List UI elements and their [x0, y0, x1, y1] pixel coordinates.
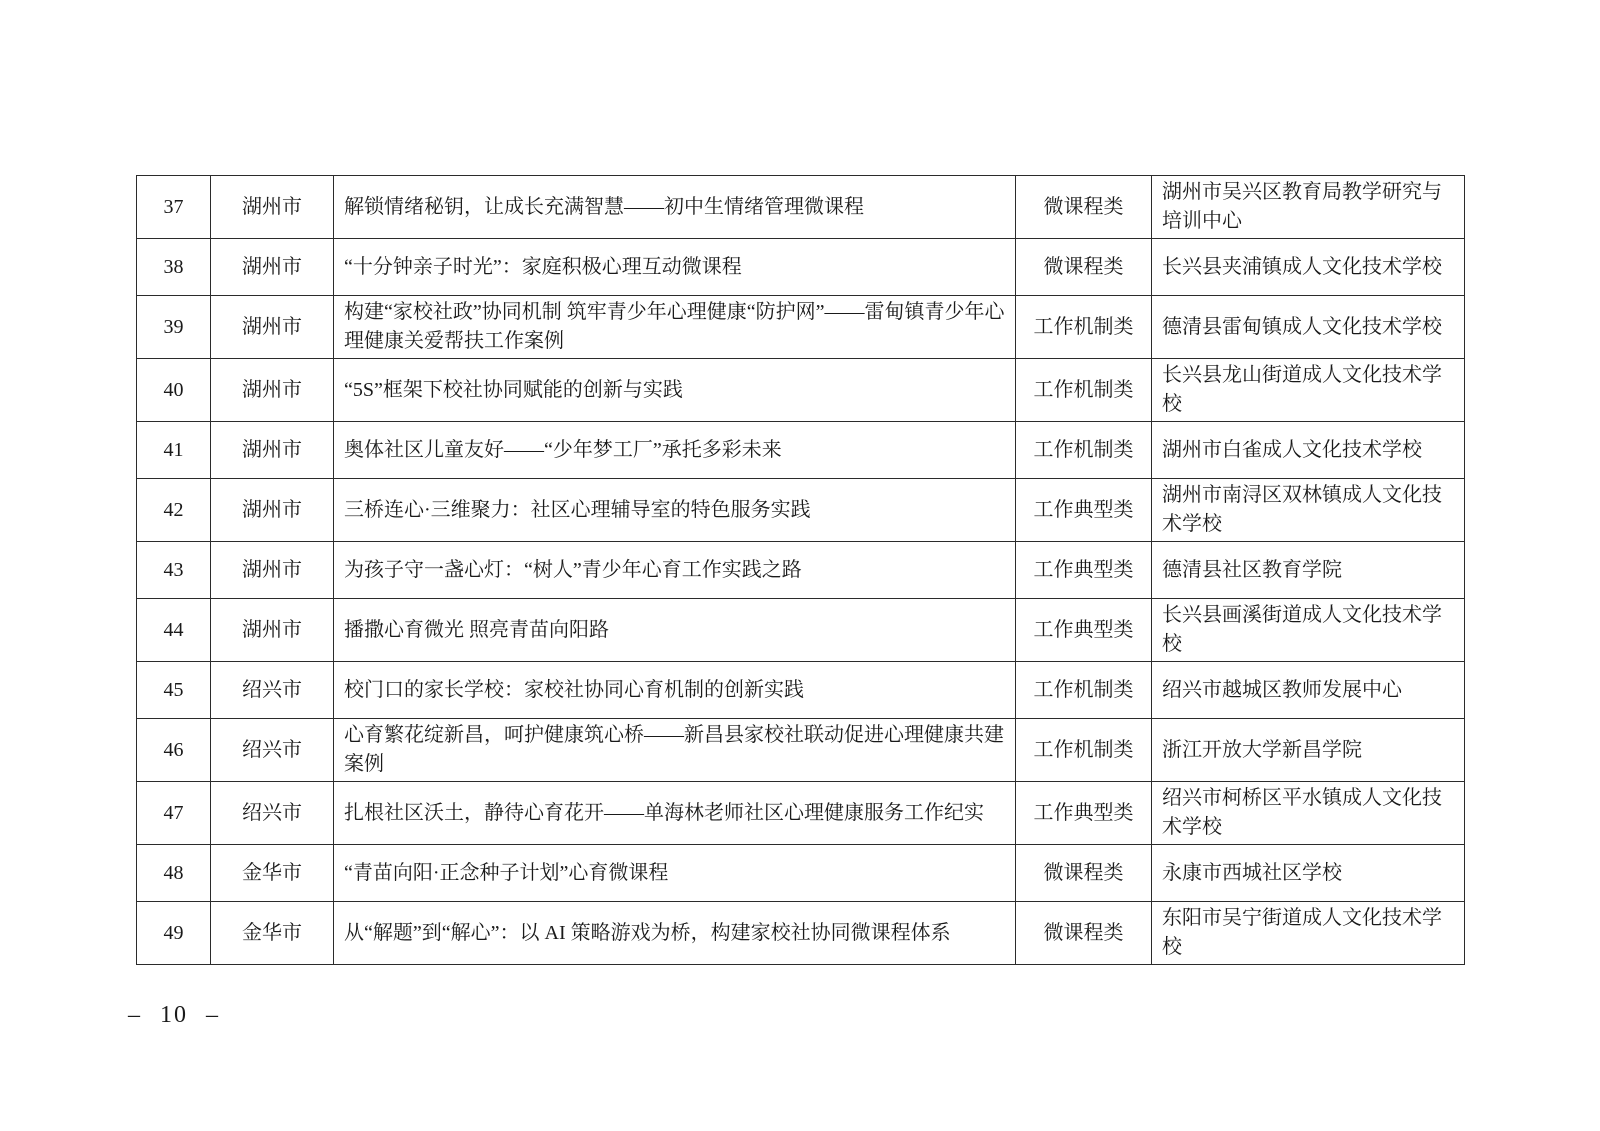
table-row: 38 湖州市 “十分钟亲子时光”：家庭积极心理互动微课程 微课程类 长兴县夹浦镇… — [137, 239, 1465, 296]
organization-cell: 德清县雷甸镇成人文化技术学校 — [1152, 296, 1465, 359]
award-list-table: 37 湖州市 解锁情绪秘钥，让成长充满智慧——初中生情绪管理微课程 微课程类 湖… — [136, 175, 1465, 965]
document-page: 37 湖州市 解锁情绪秘钥，让成长充满智慧——初中生情绪管理微课程 微课程类 湖… — [0, 0, 1600, 1131]
category-cell: 工作典型类 — [1016, 782, 1152, 845]
table-row: 45 绍兴市 校门口的家长学校：家校社协同心育机制的创新实践 工作机制类 绍兴市… — [137, 662, 1465, 719]
row-number-cell: 47 — [137, 782, 211, 845]
row-number-cell: 38 — [137, 239, 211, 296]
organization-cell: 永康市西城社区学校 — [1152, 845, 1465, 902]
table-row: 49 金华市 从“解题”到“解心”：以 AI 策略游戏为桥，构建家校社协同微课程… — [137, 902, 1465, 965]
city-cell: 金华市 — [211, 845, 334, 902]
project-title-cell: 校门口的家长学校：家校社协同心育机制的创新实践 — [334, 662, 1016, 719]
row-number-cell: 46 — [137, 719, 211, 782]
category-cell: 微课程类 — [1016, 845, 1152, 902]
project-title-cell: 心育繁花绽新昌，呵护健康筑心桥——新昌县家校社联动促进心理健康共建案例 — [334, 719, 1016, 782]
table-row: 41 湖州市 奥体社区儿童友好——“少年梦工厂”承托多彩未来 工作机制类 湖州市… — [137, 422, 1465, 479]
project-title-cell: 从“解题”到“解心”：以 AI 策略游戏为桥，构建家校社协同微课程体系 — [334, 902, 1016, 965]
organization-cell: 德清县社区教育学院 — [1152, 542, 1465, 599]
organization-cell: 湖州市吴兴区教育局教学研究与培训中心 — [1152, 176, 1465, 239]
city-cell: 金华市 — [211, 902, 334, 965]
category-cell: 工作机制类 — [1016, 359, 1152, 422]
organization-cell: 东阳市吴宁街道成人文化技术学校 — [1152, 902, 1465, 965]
organization-cell: 长兴县龙山街道成人文化技术学校 — [1152, 359, 1465, 422]
organization-cell: 浙江开放大学新昌学院 — [1152, 719, 1465, 782]
category-cell: 工作机制类 — [1016, 719, 1152, 782]
row-number-cell: 40 — [137, 359, 211, 422]
city-cell: 湖州市 — [211, 542, 334, 599]
row-number-cell: 42 — [137, 479, 211, 542]
category-cell: 工作典型类 — [1016, 599, 1152, 662]
city-cell: 湖州市 — [211, 359, 334, 422]
project-title-cell: 奥体社区儿童友好——“少年梦工厂”承托多彩未来 — [334, 422, 1016, 479]
city-cell: 绍兴市 — [211, 782, 334, 845]
category-cell: 工作典型类 — [1016, 542, 1152, 599]
organization-cell: 绍兴市柯桥区平水镇成人文化技术学校 — [1152, 782, 1465, 845]
project-title-cell: “青苗向阳·正念种子计划”心育微课程 — [334, 845, 1016, 902]
row-number-cell: 45 — [137, 662, 211, 719]
category-cell: 工作典型类 — [1016, 479, 1152, 542]
table-row: 48 金华市 “青苗向阳·正念种子计划”心育微课程 微课程类 永康市西城社区学校 — [137, 845, 1465, 902]
category-cell: 工作机制类 — [1016, 422, 1152, 479]
table-row: 39 湖州市 构建“家校社政”协同机制 筑牢青少年心理健康“防护网”——雷甸镇青… — [137, 296, 1465, 359]
category-cell: 微课程类 — [1016, 176, 1152, 239]
row-number-cell: 43 — [137, 542, 211, 599]
organization-cell: 长兴县夹浦镇成人文化技术学校 — [1152, 239, 1465, 296]
organization-cell: 湖州市南浔区双林镇成人文化技术学校 — [1152, 479, 1465, 542]
city-cell: 湖州市 — [211, 176, 334, 239]
project-title-cell: “5S”框架下校社协同赋能的创新与实践 — [334, 359, 1016, 422]
table-row: 47 绍兴市 扎根社区沃土，静待心育花开——单海林老师社区心理健康服务工作纪实 … — [137, 782, 1465, 845]
category-cell: 工作机制类 — [1016, 662, 1152, 719]
table-row: 43 湖州市 为孩子守一盏心灯：“树人”青少年心育工作实践之路 工作典型类 德清… — [137, 542, 1465, 599]
category-cell: 微课程类 — [1016, 902, 1152, 965]
city-cell: 绍兴市 — [211, 719, 334, 782]
project-title-cell: 扎根社区沃土，静待心育花开——单海林老师社区心理健康服务工作纪实 — [334, 782, 1016, 845]
table-row: 37 湖州市 解锁情绪秘钥，让成长充满智慧——初中生情绪管理微课程 微课程类 湖… — [137, 176, 1465, 239]
table-row: 46 绍兴市 心育繁花绽新昌，呵护健康筑心桥——新昌县家校社联动促进心理健康共建… — [137, 719, 1465, 782]
project-title-cell: 解锁情绪秘钥，让成长充满智慧——初中生情绪管理微课程 — [334, 176, 1016, 239]
page-number: – 10 – — [128, 1002, 220, 1029]
project-title-cell: 播撒心育微光 照亮青苗向阳路 — [334, 599, 1016, 662]
city-cell: 湖州市 — [211, 479, 334, 542]
row-number-cell: 37 — [137, 176, 211, 239]
project-title-cell: 为孩子守一盏心灯：“树人”青少年心育工作实践之路 — [334, 542, 1016, 599]
row-number-cell: 49 — [137, 902, 211, 965]
city-cell: 湖州市 — [211, 599, 334, 662]
organization-cell: 绍兴市越城区教师发展中心 — [1152, 662, 1465, 719]
award-table-body: 37 湖州市 解锁情绪秘钥，让成长充满智慧——初中生情绪管理微课程 微课程类 湖… — [137, 176, 1465, 965]
table-row: 40 湖州市 “5S”框架下校社协同赋能的创新与实践 工作机制类 长兴县龙山街道… — [137, 359, 1465, 422]
organization-cell: 长兴县画溪街道成人文化技术学校 — [1152, 599, 1465, 662]
city-cell: 湖州市 — [211, 422, 334, 479]
row-number-cell: 48 — [137, 845, 211, 902]
organization-cell: 湖州市白雀成人文化技术学校 — [1152, 422, 1465, 479]
row-number-cell: 41 — [137, 422, 211, 479]
table-row: 44 湖州市 播撒心育微光 照亮青苗向阳路 工作典型类 长兴县画溪街道成人文化技… — [137, 599, 1465, 662]
row-number-cell: 44 — [137, 599, 211, 662]
category-cell: 微课程类 — [1016, 239, 1152, 296]
city-cell: 湖州市 — [211, 296, 334, 359]
row-number-cell: 39 — [137, 296, 211, 359]
category-cell: 工作机制类 — [1016, 296, 1152, 359]
city-cell: 湖州市 — [211, 239, 334, 296]
project-title-cell: “十分钟亲子时光”：家庭积极心理互动微课程 — [334, 239, 1016, 296]
project-title-cell: 三桥连心·三维聚力：社区心理辅导室的特色服务实践 — [334, 479, 1016, 542]
city-cell: 绍兴市 — [211, 662, 334, 719]
table-row: 42 湖州市 三桥连心·三维聚力：社区心理辅导室的特色服务实践 工作典型类 湖州… — [137, 479, 1465, 542]
project-title-cell: 构建“家校社政”协同机制 筑牢青少年心理健康“防护网”——雷甸镇青少年心理健康关… — [334, 296, 1016, 359]
